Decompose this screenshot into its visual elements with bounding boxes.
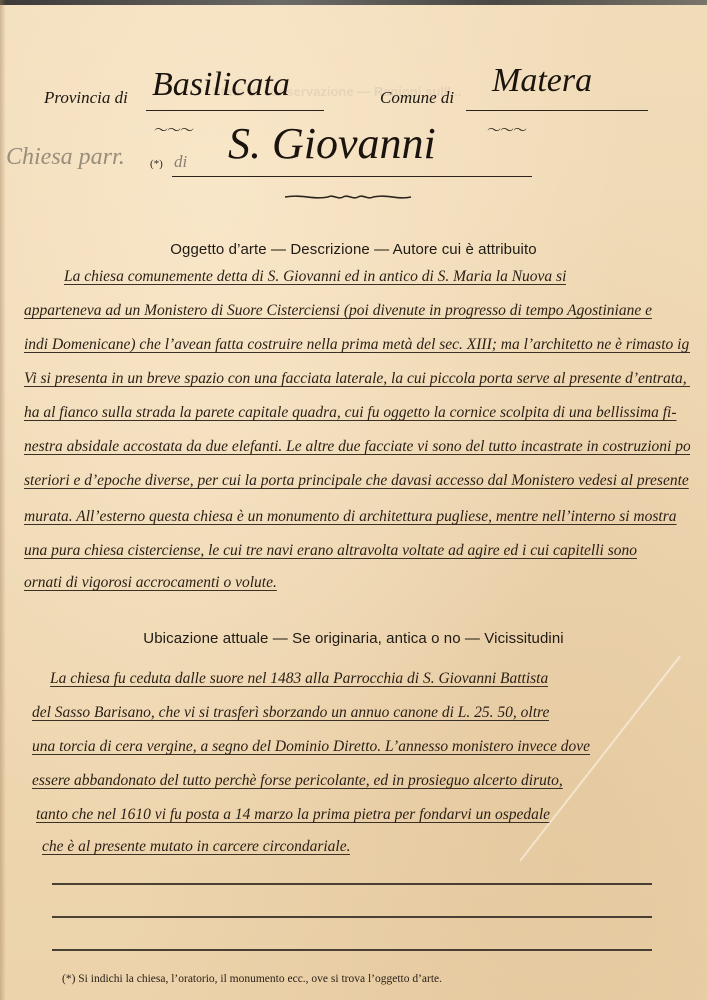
- blank-form-line: [52, 883, 652, 885]
- handwritten-line: tanto che nel 1610 vi fu posta a 14 marz…: [36, 806, 550, 824]
- swash-right: 〜〜〜: [487, 120, 526, 140]
- scan-top-edge: [0, 0, 707, 5]
- handwritten-line: del Sasso Barisano, che vi si trasferì s…: [32, 704, 549, 722]
- section-title-oggetto: Oggetto d’arte — Descrizione — Autore cu…: [0, 241, 707, 258]
- handwritten-line: La chiesa comunemente detta di S. Giovan…: [64, 268, 566, 286]
- blank-form-line: [52, 916, 652, 918]
- chiesa-rule: [172, 176, 532, 177]
- comune-rule: [466, 110, 648, 111]
- blank-form-line: [52, 949, 652, 951]
- chiesa-value: S. Giovanni: [228, 118, 436, 169]
- provincia-value: Basilicata: [152, 66, 290, 104]
- handwritten-line: che è al presente mutato in carcere circ…: [42, 838, 350, 856]
- comune-value: Matera: [492, 62, 592, 100]
- handwritten-line: nestra absidale accostata da due elefant…: [24, 438, 690, 456]
- handwritten-line: essere abbandonato del tutto perchè fors…: [32, 772, 563, 790]
- provincia-label: Provincia di: [44, 88, 128, 108]
- handwritten-line: apparteneva ad un Monistero di Suore Cis…: [24, 302, 652, 320]
- ornament-divider-icon: [283, 192, 413, 202]
- footnote: (*) Si indichi la chiesa, l’oratorio, il…: [62, 973, 442, 985]
- handwritten-line: indi Domenicane) che l’avean fatta costr…: [24, 336, 690, 354]
- comune-label: Comune di: [380, 88, 454, 108]
- handwritten-line: murata. All’esterno questa chiesa è un m…: [24, 508, 677, 526]
- handwritten-line: una torcia di cera vergine, a segno del …: [32, 738, 590, 756]
- swash-left: 〜〜〜: [154, 120, 193, 140]
- handwritten-line: steriori e d’epoche diverse, per cui la …: [24, 472, 689, 490]
- provincia-rule: [146, 110, 324, 111]
- di-label: di: [174, 152, 187, 172]
- handwritten-line: ornati di vigorosi accrocamenti o volute…: [24, 574, 277, 592]
- handwritten-line: Vi si presenta in un breve spazio con un…: [24, 370, 690, 388]
- handwritten-line: ha al fianco sulla strada la parete capi…: [24, 404, 677, 422]
- handwritten-line: La chiesa fu ceduta dalle suore nel 1483…: [50, 670, 548, 688]
- pencil-note: Chiesa parr.: [6, 144, 125, 171]
- section-title-ubicazione: Ubicazione attuale — Se originaria, anti…: [0, 630, 707, 647]
- handwritten-line: una pura chiesa cisterciense, le cui tre…: [24, 542, 637, 560]
- asterisk-marker: (*): [150, 158, 163, 170]
